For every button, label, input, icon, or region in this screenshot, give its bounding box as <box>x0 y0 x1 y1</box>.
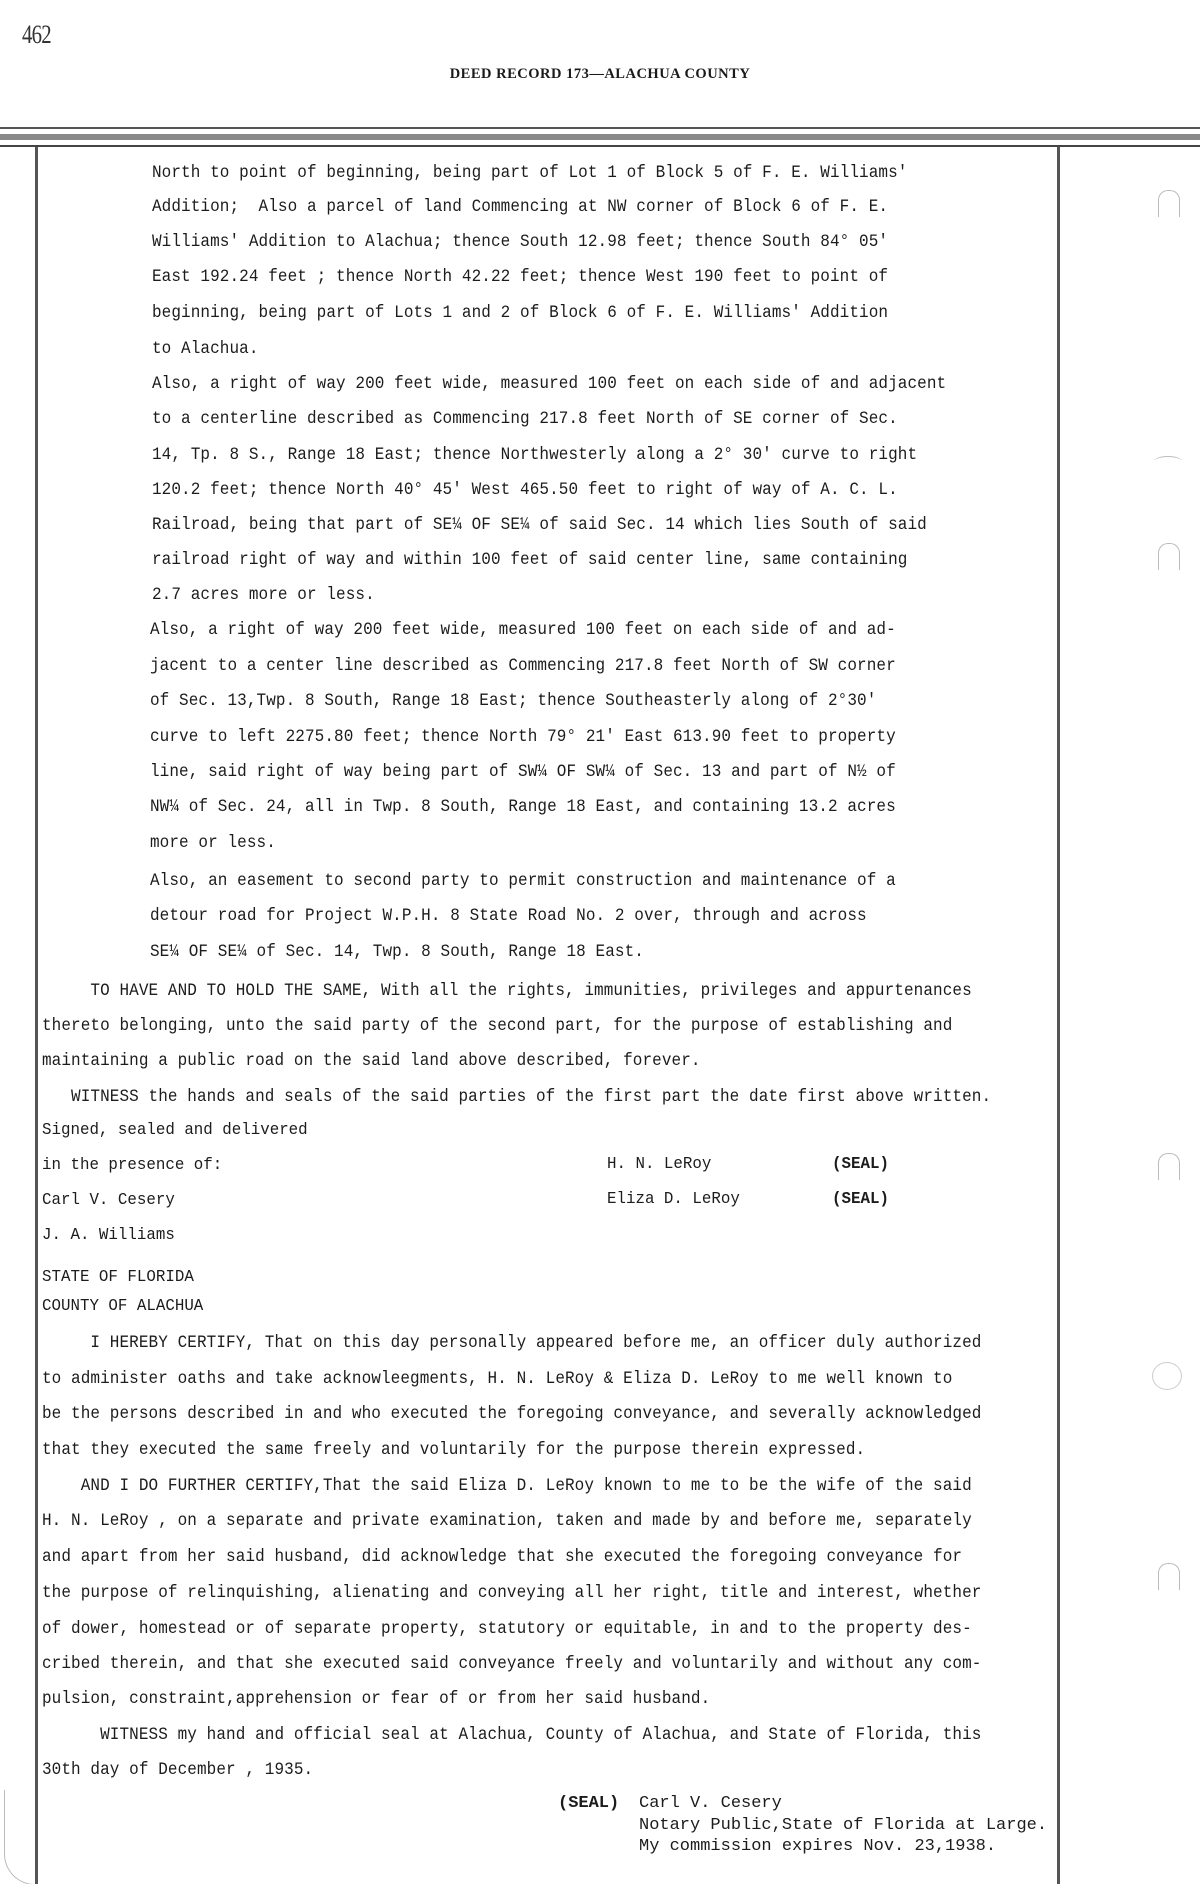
description-line: detour road for Project W.P.H. 8 State R… <box>150 907 867 927</box>
presence-of: in the presence of: <box>42 1156 222 1175</box>
description-line: to a centerline described as Commencing … <box>152 410 898 430</box>
description-line: 2.7 acres more or less. <box>152 586 375 606</box>
witness-clause: WITNESS the hands and seals of the said … <box>42 1088 991 1108</box>
description-line: Also, an easement to second party to per… <box>150 872 896 892</box>
habendum-line: maintaining a public road on the said la… <box>42 1052 701 1072</box>
description-line: line, said right of way being part of SW… <box>150 763 896 783</box>
description-line: NW¼ of Sec. 24, all in Twp. 8 South, Ran… <box>150 798 896 818</box>
description-line: beginning, being part of Lots 1 and 2 of… <box>152 304 888 324</box>
header-rule-thick <box>0 134 1200 140</box>
grantor-name: H. N. LeRoy <box>607 1155 711 1174</box>
binder-hole-icon <box>1158 1563 1180 1590</box>
acknowledgment-line: H. N. LeRoy , on a separate and private … <box>42 1512 972 1532</box>
acknowledgment-line: pulsion, constraint,apprehension or fear… <box>42 1690 710 1710</box>
description-line: East 192.24 feet ; thence North 42.22 fe… <box>152 268 888 288</box>
binder-hole-icon <box>1158 1153 1180 1180</box>
notary-seal: (SEAL) <box>558 1795 619 1813</box>
description-line: North to point of beginning, being part … <box>152 164 907 184</box>
acknowledgment-line: I HEREBY CERTIFY, That on this day perso… <box>42 1334 981 1354</box>
right-margin-rule <box>1057 147 1060 1884</box>
description-line: more or less. <box>150 834 276 854</box>
description-line: Railroad, being that part of SE¼ OF SE¼ … <box>152 516 927 536</box>
acknowledgment-line: the purpose of relinquishing, alienating… <box>42 1584 981 1604</box>
description-line: 14, Tp. 8 S., Range 18 East; thence Nort… <box>152 446 917 466</box>
habendum-line: thereto belonging, unto the said party o… <box>42 1017 952 1037</box>
binder-ring-icon <box>1152 1362 1182 1390</box>
acknowledgment-line: be the persons described in and who exec… <box>42 1405 981 1425</box>
binder-arc-icon <box>1154 456 1182 467</box>
acknowledgment-line: that they executed the same freely and v… <box>42 1441 865 1461</box>
venue-state: STATE OF FLORIDA <box>42 1268 194 1287</box>
acknowledgment-line: cribed therein, and that she executed sa… <box>42 1655 981 1675</box>
acknowledgment-line: AND I DO FURTHER CERTIFY,That the said E… <box>42 1477 972 1497</box>
acknowledgment-line: WITNESS my hand and official seal at Ala… <box>42 1726 981 1746</box>
witness-name: J. A. Williams <box>42 1226 175 1245</box>
notary-title: Notary Public,State of Florida at Large. <box>639 1817 1047 1835</box>
description-line: Also, a right of way 200 feet wide, meas… <box>152 375 946 395</box>
signed-sealed-delivered: Signed, sealed and delivered <box>42 1121 308 1140</box>
grantor-name: Eliza D. LeRoy <box>607 1190 740 1209</box>
description-line: jacent to a center line described as Com… <box>150 657 896 677</box>
page-number: 462 <box>22 20 51 50</box>
description-line: curve to left 2275.80 feet; thence North… <box>150 728 896 748</box>
description-line: Addition; Also a parcel of land Commenci… <box>152 198 888 218</box>
notary-name: Carl V. Cesery <box>639 1795 782 1813</box>
header-rule-top <box>0 127 1200 129</box>
description-line: to Alachua. <box>152 340 259 360</box>
record-title: DEED RECORD 173—ALACHUA COUNTY <box>0 66 1200 83</box>
description-line: railroad right of way and within 100 fee… <box>152 551 907 571</box>
habendum-line: TO HAVE AND TO HOLD THE SAME, With all t… <box>42 982 972 1002</box>
attestation-date: 30th day of December , 1935. <box>42 1761 313 1781</box>
description-line: SE¼ OF SE¼ of Sec. 14, Twp. 8 South, Ran… <box>150 943 644 963</box>
description-line: Williams' Addition to Alachua; thence So… <box>152 233 888 253</box>
grantor-seal: (SEAL) <box>832 1155 889 1174</box>
notary-commission: My commission expires Nov. 23,1938. <box>639 1838 996 1856</box>
acknowledgment-line: of dower, homestead or of separate prope… <box>42 1620 972 1640</box>
venue-county: COUNTY OF ALACHUA <box>42 1297 203 1316</box>
binder-hole-icon <box>1158 543 1180 570</box>
grantor-seal: (SEAL) <box>832 1190 889 1209</box>
left-margin-rule <box>35 147 38 1884</box>
acknowledgment-line: and apart from her said husband, did ack… <box>42 1548 962 1568</box>
witness-name: Carl V. Cesery <box>42 1191 175 1210</box>
binder-hole-icon <box>1158 190 1180 217</box>
description-line: of Sec. 13,Twp. 8 South, Range 18 East; … <box>150 692 876 712</box>
header-rule-bottom <box>0 145 1200 147</box>
acknowledgment-line: to administer oaths and take acknowleegm… <box>42 1370 952 1390</box>
page-corner <box>4 1790 35 1884</box>
description-line: Also, a right of way 200 feet wide, meas… <box>150 621 896 641</box>
description-line: 120.2 feet; thence North 40° 45' West 46… <box>152 481 898 501</box>
